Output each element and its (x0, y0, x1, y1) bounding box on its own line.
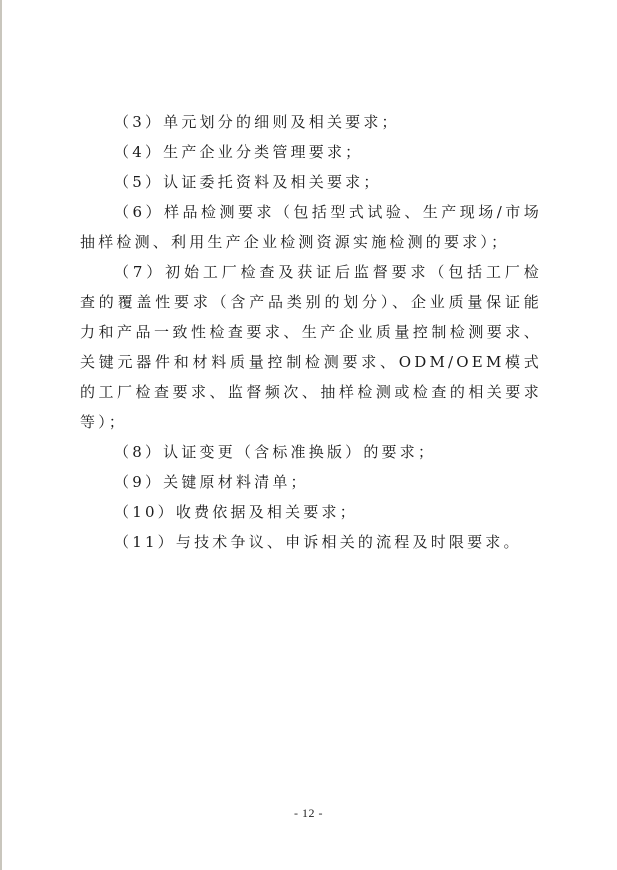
list-item-11: （11）与技术争议、申诉相关的流程及时限要求。 (80, 527, 542, 557)
list-item-10: （10）收费依据及相关要求； (80, 497, 542, 527)
list-item-5: （5）认证委托资料及相关要求； (80, 167, 542, 197)
list-item-4: （4）生产企业分类管理要求； (80, 137, 542, 167)
document-body: （3）单元划分的细则及相关要求； （4）生产企业分类管理要求； （5）认证委托资… (80, 107, 542, 557)
list-item-7: （7）初始工厂检查及获证后监督要求（包括工厂检查的覆盖性要求（含产品类别的划分）… (80, 257, 542, 437)
list-item-9: （9）关键原材料清单； (80, 467, 542, 497)
list-item-8: （8）认证变更（含标准换版）的要求； (80, 437, 542, 467)
page-number: - 12 - (0, 804, 617, 822)
list-item-3: （3）单元划分的细则及相关要求； (80, 107, 542, 137)
list-item-6: （6）样品检测要求（包括型式试验、生产现场/市场抽样检测、利用生产企业检测资源实… (80, 197, 542, 257)
document-page: （3）单元划分的细则及相关要求； （4）生产企业分类管理要求； （5）认证委托资… (0, 0, 617, 870)
